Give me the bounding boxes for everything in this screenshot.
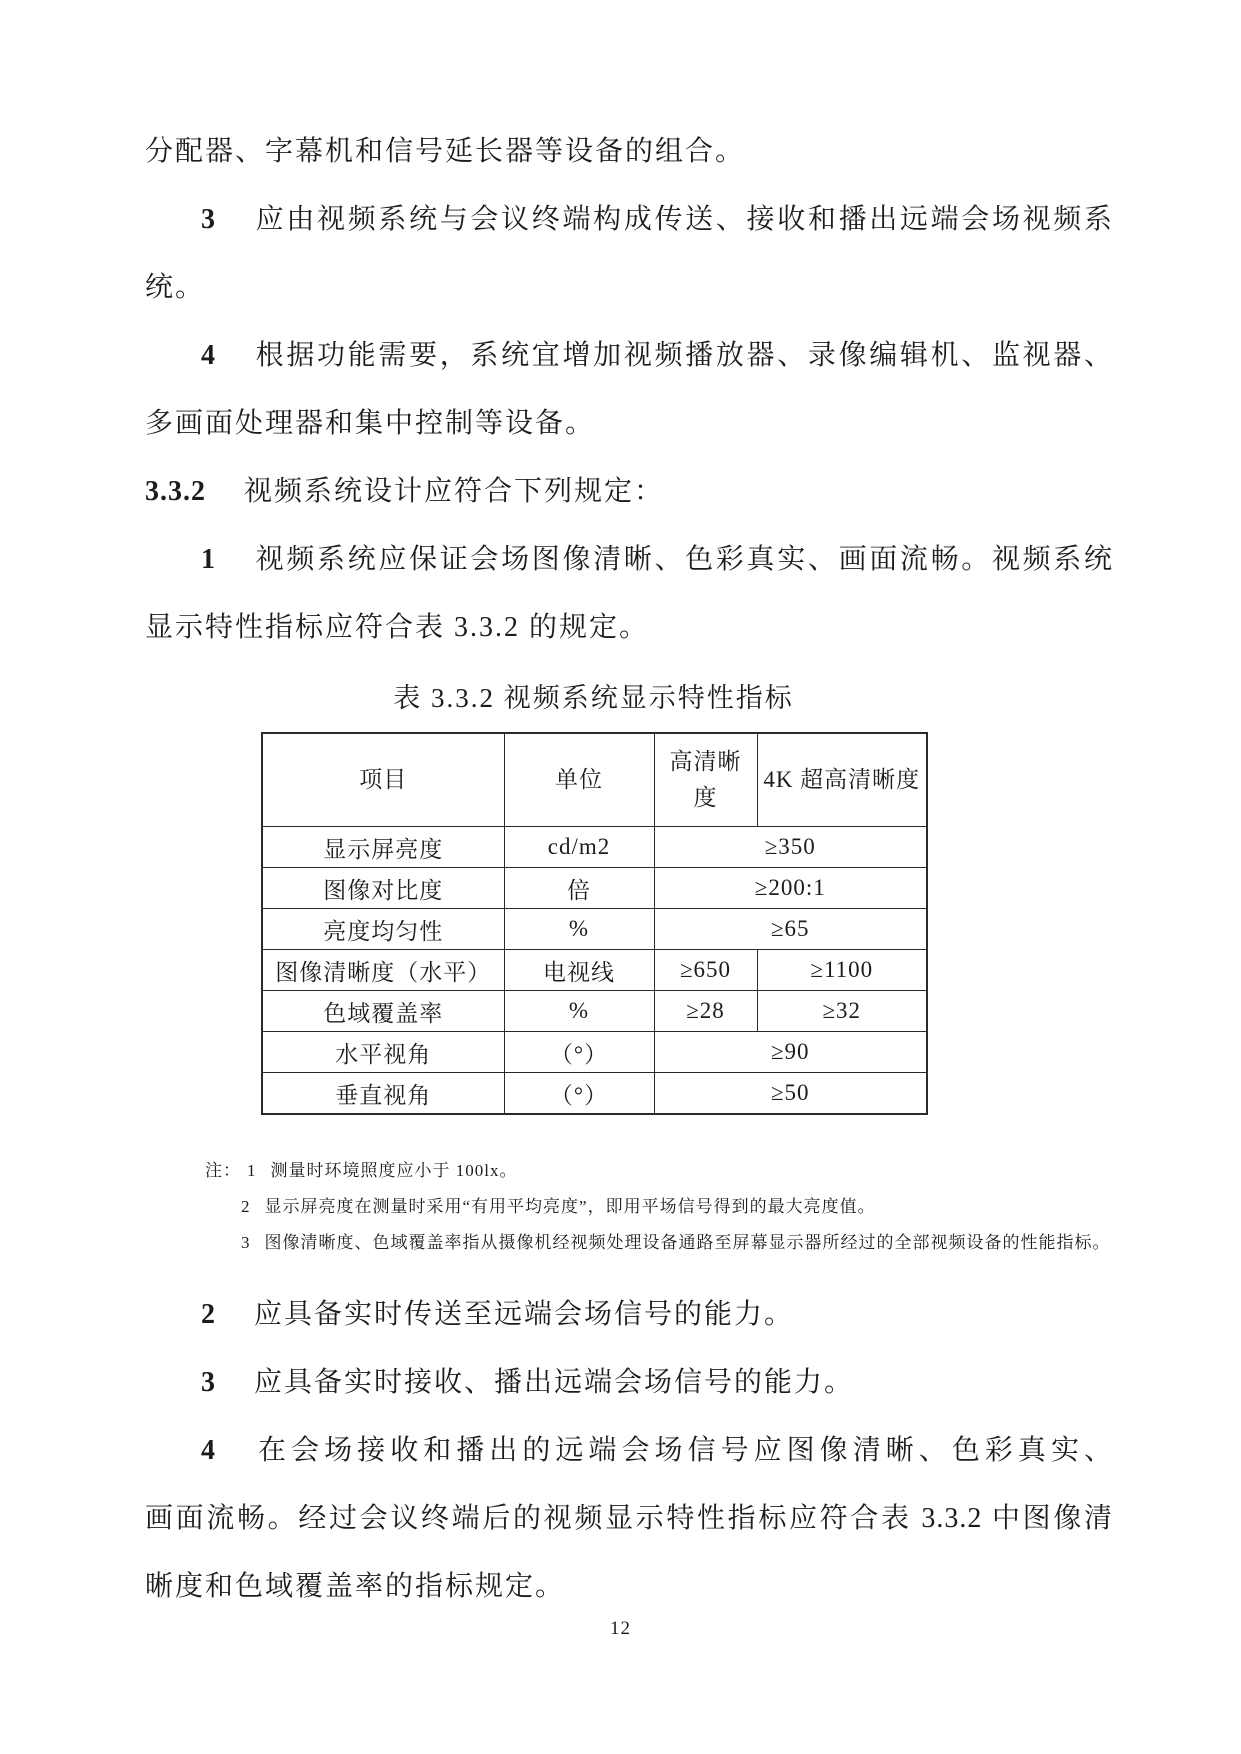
clause-number: 1 xyxy=(201,544,254,575)
cell-unit: （°） xyxy=(504,1032,654,1073)
note-label: 注： xyxy=(205,1161,247,1180)
cell-item: 色域覆盖率 xyxy=(262,991,504,1032)
note-number: 1 xyxy=(247,1161,271,1180)
clause-text: 分配器、字幕机和信号延长器等设备的组合。 xyxy=(145,136,745,167)
clause-number: 2 xyxy=(201,1299,254,1330)
cell-item: 图像对比度 xyxy=(262,868,504,909)
paragraph-line: 4在会场接收和播出的远端会场信号应图像清晰、色彩真实、 xyxy=(145,1417,1113,1485)
paragraph-line: 统。 xyxy=(145,254,1113,322)
cell-unit: cd/m2 xyxy=(504,827,654,868)
note-number: 3 xyxy=(241,1233,265,1252)
page-content: 分配器、字幕机和信号延长器等设备的组合。 3应由视频系统与会议终端构成传送、接收… xyxy=(145,118,1113,1621)
paragraph-line: 晰度和色域覆盖率的指标规定。 xyxy=(145,1553,1113,1621)
paragraph-line: 分配器、字幕机和信号延长器等设备的组合。 xyxy=(145,118,1113,186)
cell-item: 水平视角 xyxy=(262,1032,504,1073)
section-title: 视频系统设计应符合下列规定： xyxy=(244,476,664,507)
note-number: 2 xyxy=(241,1197,265,1216)
paragraph-line: 3应具备实时接收、播出远端会场信号的能力。 xyxy=(145,1349,1113,1417)
cell-value-merged: ≥350 xyxy=(654,827,927,868)
table-row: 亮度均匀性 % ≥65 xyxy=(262,909,927,950)
clause-number: 4 xyxy=(201,340,254,371)
cell-value-uhd: ≥32 xyxy=(757,991,927,1032)
clause-text: 画面流畅。经过会议终端后的视频显示特性指标应符合表 3.3.2 中图像清 xyxy=(145,1503,1113,1534)
clause-text: 视频系统应保证会场图像清晰、色彩真实、画面流畅。视频系统 xyxy=(254,544,1113,575)
clause-number: 4 xyxy=(201,1435,254,1466)
cell-value-hd: ≥28 xyxy=(654,991,757,1032)
clause-number: 3 xyxy=(201,204,254,235)
cell-item: 显示屏亮度 xyxy=(262,827,504,868)
cell-value-hd: ≥650 xyxy=(654,950,757,991)
table-row: 图像对比度 倍 ≥200:1 xyxy=(262,868,927,909)
section-number: 3.3.2 xyxy=(145,476,244,507)
cell-value-merged: ≥90 xyxy=(654,1032,927,1073)
paragraph-line: 2应具备实时传送至远端会场信号的能力。 xyxy=(145,1281,1113,1349)
table-row: 垂直视角 （°） ≥50 xyxy=(262,1073,927,1115)
cell-unit: 倍 xyxy=(504,868,654,909)
table-title: 表 3.3.2 视频系统显示特性指标 xyxy=(261,678,926,718)
table-row: 显示屏亮度 cd/m2 ≥350 xyxy=(262,827,927,868)
clause-text: 统。 xyxy=(145,272,205,303)
cell-value-merged: ≥65 xyxy=(654,909,927,950)
cell-item: 图像清晰度（水平） xyxy=(262,950,504,991)
clause-text: 多画面处理器和集中控制等设备。 xyxy=(145,408,595,439)
note-text: 图像清晰度、色域覆盖率指从摄像机经视频处理设备通路至屏幕显示器所经过的全部视频设… xyxy=(265,1233,1111,1252)
paragraph-line: 多画面处理器和集中控制等设备。 xyxy=(145,390,1113,458)
note-line: 3图像清晰度、色域覆盖率指从摄像机经视频处理设备通路至屏幕显示器所经过的全部视频… xyxy=(205,1225,1113,1261)
clause-text: 应由视频系统与会议终端构成传送、接收和播出远端会场视频系 xyxy=(254,204,1113,235)
note-line: 2显示屏亮度在测量时采用“有用平均亮度”，即用平场信号得到的最大亮度值。 xyxy=(205,1189,1113,1225)
clause-text: 晰度和色域覆盖率的指标规定。 xyxy=(145,1571,565,1602)
table-row: 水平视角 （°） ≥90 xyxy=(262,1032,927,1073)
cell-item: 垂直视角 xyxy=(262,1073,504,1115)
paragraph-line: 3应由视频系统与会议终端构成传送、接收和播出远端会场视频系 xyxy=(145,186,1113,254)
cell-unit: % xyxy=(504,991,654,1032)
note-line: 注：1测量时环境照度应小于 100lx。 xyxy=(205,1153,1113,1189)
paragraph-line: 显示特性指标应符合表 3.3.2 的规定。 xyxy=(145,594,1113,662)
cell-unit: % xyxy=(504,909,654,950)
clause-text: 应具备实时传送至远端会场信号的能力。 xyxy=(254,1299,794,1330)
spec-table: 项目 单位 高清晰度 4K 超高清晰度 显示屏亮度 cd/m2 ≥350 图像对… xyxy=(261,732,928,1115)
cell-value-merged: ≥50 xyxy=(654,1073,927,1115)
clause-number: 3 xyxy=(201,1367,254,1398)
note-text: 测量时环境照度应小于 100lx。 xyxy=(271,1161,518,1180)
cell-unit: 电视线 xyxy=(504,950,654,991)
table-notes: 注：1测量时环境照度应小于 100lx。 2显示屏亮度在测量时采用“有用平均亮度… xyxy=(205,1153,1113,1261)
note-text: 显示屏亮度在测量时采用“有用平均亮度”，即用平场信号得到的最大亮度值。 xyxy=(265,1197,876,1216)
section-heading: 3.3.2视频系统设计应符合下列规定： xyxy=(145,458,1113,526)
cell-item: 亮度均匀性 xyxy=(262,909,504,950)
cell-value-merged: ≥200:1 xyxy=(654,868,927,909)
paragraph-line: 画面流畅。经过会议终端后的视频显示特性指标应符合表 3.3.2 中图像清 xyxy=(145,1485,1113,1553)
table-row: 色域覆盖率 % ≥28 ≥32 xyxy=(262,991,927,1032)
table-row: 图像清晰度（水平） 电视线 ≥650 ≥1100 xyxy=(262,950,927,991)
clause-text: 应具备实时接收、播出远端会场信号的能力。 xyxy=(254,1367,854,1398)
col-header-4k-uhd: 4K 超高清晰度 xyxy=(757,733,927,827)
clause-text: 根据功能需要，系统宜增加视频播放器、录像编辑机、监视器、 xyxy=(254,340,1113,371)
table-header-row: 项目 单位 高清晰度 4K 超高清晰度 xyxy=(262,733,927,827)
spec-table-block: 表 3.3.2 视频系统显示特性指标 项目 单位 高清晰度 4K 超高清晰度 显… xyxy=(261,678,926,1115)
col-header-item: 项目 xyxy=(262,733,504,827)
clause-text: 显示特性指标应符合表 3.3.2 的规定。 xyxy=(145,612,649,643)
paragraphs-after-table: 2应具备实时传送至远端会场信号的能力。 3应具备实时接收、播出远端会场信号的能力… xyxy=(145,1281,1113,1621)
paragraph-line: 1视频系统应保证会场图像清晰、色彩真实、画面流畅。视频系统 xyxy=(145,526,1113,594)
col-header-unit: 单位 xyxy=(504,733,654,827)
cell-unit: （°） xyxy=(504,1073,654,1115)
col-header-hd: 高清晰度 xyxy=(654,733,757,827)
paragraph-line: 4根据功能需要，系统宜增加视频播放器、录像编辑机、监视器、 xyxy=(145,322,1113,390)
document-page: 分配器、字幕机和信号延长器等设备的组合。 3应由视频系统与会议终端构成传送、接收… xyxy=(0,0,1241,1754)
clause-text: 在会场接收和播出的远端会场信号应图像清晰、色彩真实、 xyxy=(254,1435,1113,1466)
page-number: 12 xyxy=(0,1618,1241,1640)
cell-value-uhd: ≥1100 xyxy=(757,950,927,991)
